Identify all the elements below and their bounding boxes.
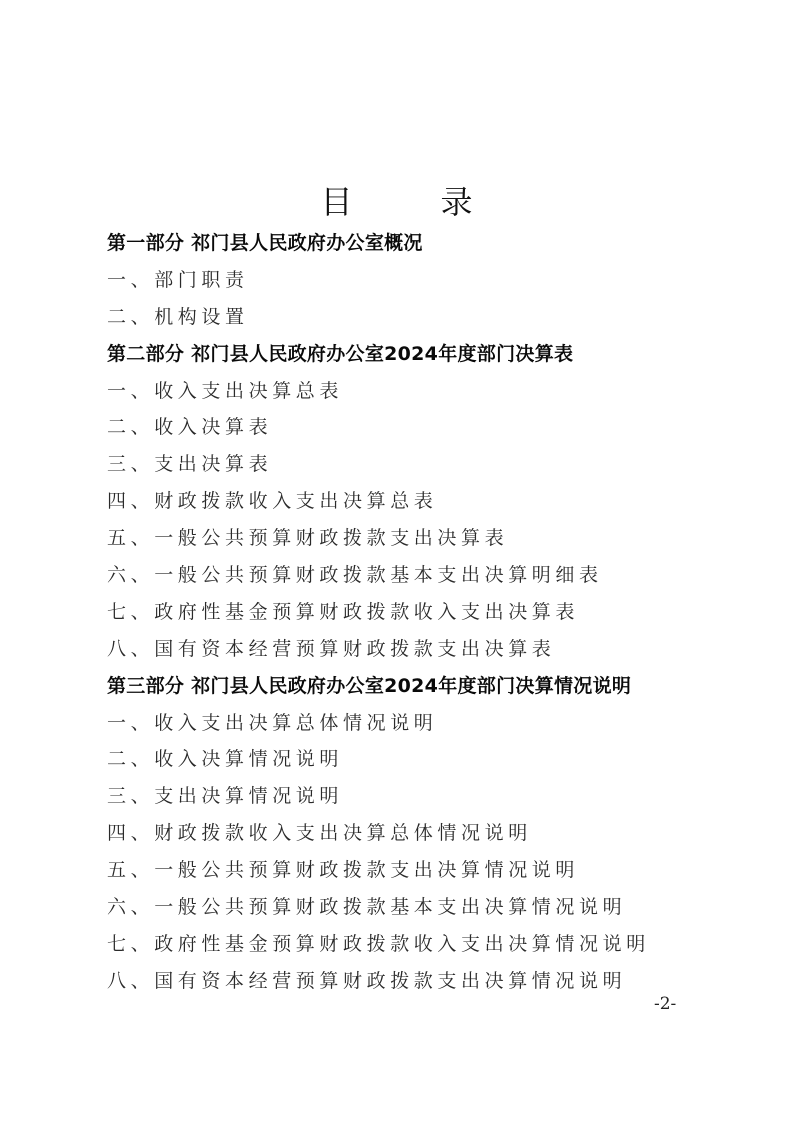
toc-item[interactable]: 三、支出决算情况说明 <box>107 781 747 818</box>
toc-item[interactable]: 四、财政拨款收入支出决算总体情况说明 <box>107 818 747 855</box>
toc-item[interactable]: 七、政府性基金预算财政拨款收入支出决算情况说明 <box>107 929 747 966</box>
page-number: -2- <box>654 994 676 1014</box>
toc-item[interactable]: 八、国有资本经营预算财政拨款支出决算表 <box>107 634 747 671</box>
toc-item[interactable]: 二、收入决算情况说明 <box>107 744 747 781</box>
toc-item[interactable]: 六、一般公共预算财政拨款基本支出决算明细表 <box>107 560 747 597</box>
toc-item[interactable]: 三、支出决算表 <box>107 449 747 486</box>
toc-item[interactable]: 七、政府性基金预算财政拨款收入支出决算表 <box>107 597 747 634</box>
toc-item[interactable]: 一、部门职责 <box>107 265 747 302</box>
toc-part-heading[interactable]: 第二部分 祁门县人民政府办公室2024年度部门决算表 <box>107 339 747 376</box>
table-of-contents: 第一部分 祁门县人民政府办公室概况 一、部门职责 二、机构设置 第二部分 祁门县… <box>107 228 747 1003</box>
toc-item[interactable]: 五、一般公共预算财政拨款支出决算表 <box>107 523 747 560</box>
toc-item[interactable]: 五、一般公共预算财政拨款支出决算情况说明 <box>107 855 747 892</box>
toc-item[interactable]: 二、机构设置 <box>107 302 747 339</box>
toc-item[interactable]: 八、国有资本经营预算财政拨款支出决算情况说明 <box>107 966 747 1003</box>
toc-item[interactable]: 一、收入支出决算总体情况说明 <box>107 708 747 745</box>
toc-item[interactable]: 六、一般公共预算财政拨款基本支出决算情况说明 <box>107 892 747 929</box>
toc-item[interactable]: 一、收入支出决算总表 <box>107 376 747 413</box>
toc-part-heading[interactable]: 第一部分 祁门县人民政府办公室概况 <box>107 228 747 265</box>
page-title: 目 录 <box>0 178 793 226</box>
toc-item[interactable]: 四、财政拨款收入支出决算总表 <box>107 486 747 523</box>
toc-item[interactable]: 二、收入决算表 <box>107 412 747 449</box>
toc-part-heading[interactable]: 第三部分 祁门县人民政府办公室2024年度部门决算情况说明 <box>107 671 747 708</box>
